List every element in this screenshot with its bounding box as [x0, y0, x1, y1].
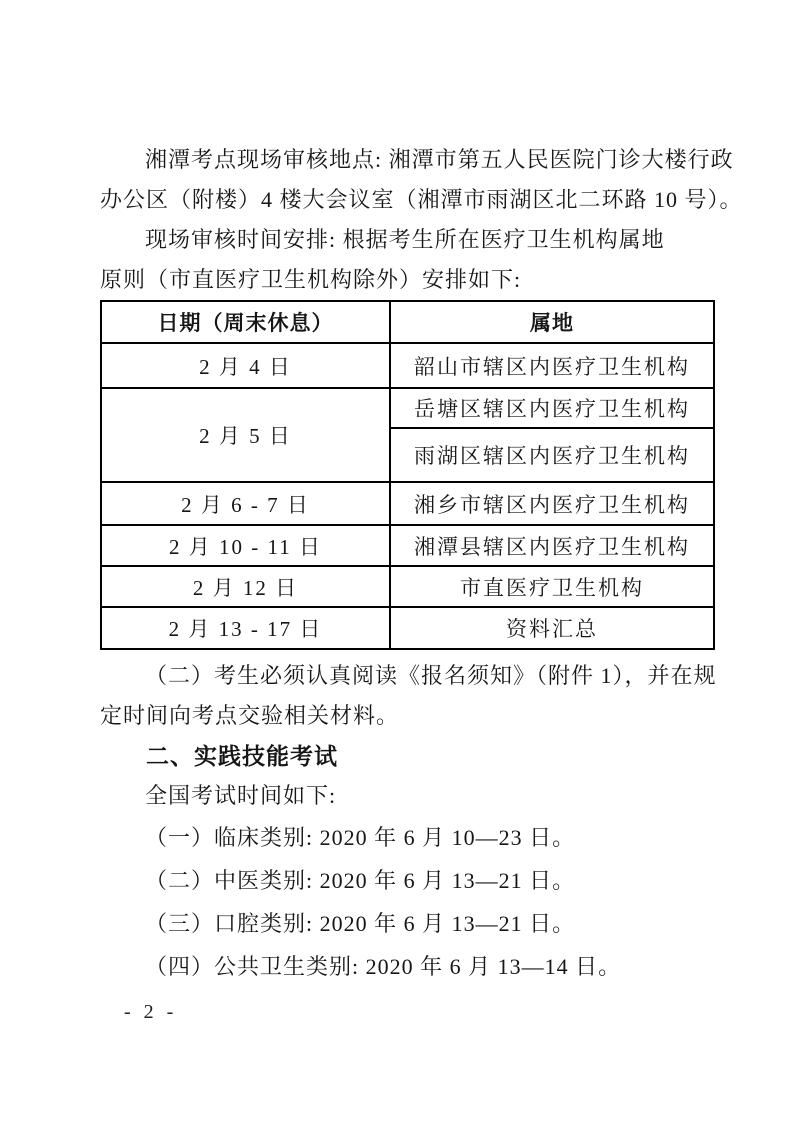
document-content: 湘潭考点现场审核地点: 湘潭市第五人民医院门诊大楼行政 办公区（附楼）4 楼大会…: [100, 0, 713, 988]
paragraph3-line2: 定时间向考点交验相关材料。: [100, 696, 713, 736]
paragraph1-line1: 湘潭考点现场审核地点: 湘潭市第五人民医院门诊大楼行政: [100, 140, 713, 180]
review-schedule-table: 日期（周末休息） 属地 2 月 4 日 韶山市辖区内医疗卫生机构 2 月 5 日…: [100, 300, 715, 650]
table-row: 2 月 6 - 7 日 湘乡市辖区内医疗卫生机构: [101, 482, 714, 525]
exam-time-clinical: （一）临床类别: 2020 年 6 月 10—23 日。: [100, 816, 713, 859]
paragraph2-line2: 原则（市直医疗卫生机构除外）安排如下:: [100, 260, 713, 300]
paragraph1-line2: 办公区（附楼）4 楼大会议室（湘潭市雨湖区北二环路 10 号）。: [100, 180, 713, 220]
exam-time-tcm: （二）中医类别: 2020 年 6 月 13—21 日。: [100, 859, 713, 902]
page-number: - 2 -: [124, 1000, 177, 1024]
exam-time-dental: （三）口腔类别: 2020 年 6 月 13—21 日。: [100, 902, 713, 945]
paragraph4: 全国考试时间如下:: [100, 776, 713, 816]
date-cell: 2 月 4 日: [101, 343, 390, 388]
district-cell: 湘潭县辖区内医疗卫生机构: [390, 525, 714, 566]
table-row: 2 月 5 日 岳塘区辖区内医疗卫生机构: [101, 388, 714, 428]
table-row: 2 月 4 日 韶山市辖区内医疗卫生机构: [101, 343, 714, 388]
date-cell: 2 月 6 - 7 日: [101, 482, 390, 525]
exam-time-public-health: （四）公共卫生类别: 2020 年 6 月 13—14 日。: [100, 945, 713, 988]
date-cell: 2 月 12 日: [101, 566, 390, 607]
date-cell: 2 月 13 - 17 日: [101, 607, 390, 649]
district-cell: 韶山市辖区内医疗卫生机构: [390, 343, 714, 388]
district-column-header: 属地: [390, 301, 714, 343]
date-cell-merged: 2 月 5 日: [101, 388, 390, 482]
document-page: 湘潭考点现场审核地点: 湘潭市第五人民医院门诊大楼行政 办公区（附楼）4 楼大会…: [0, 0, 793, 1122]
table-row: 2 月 13 - 17 日 资料汇总: [101, 607, 714, 649]
paragraph3-line1: （二）考生必须认真阅读《报名须知》（附件 1），并在规: [100, 656, 713, 696]
date-column-header: 日期（周末休息）: [101, 301, 390, 343]
table-header-row: 日期（周末休息） 属地: [101, 301, 714, 343]
paragraph2-line1: 现场审核时间安排: 根据考生所在医疗卫生机构属地: [100, 220, 713, 260]
section-heading: 二、实践技能考试: [100, 736, 713, 776]
district-cell: 资料汇总: [390, 607, 714, 649]
district-cell: 雨湖区辖区内医疗卫生机构: [390, 428, 714, 482]
table-row: 2 月 12 日 市直医疗卫生机构: [101, 566, 714, 607]
date-cell: 2 月 10 - 11 日: [101, 525, 390, 566]
district-cell: 湘乡市辖区内医疗卫生机构: [390, 482, 714, 525]
table-row: 2 月 10 - 11 日 湘潭县辖区内医疗卫生机构: [101, 525, 714, 566]
district-cell: 市直医疗卫生机构: [390, 566, 714, 607]
district-cell: 岳塘区辖区内医疗卫生机构: [390, 388, 714, 428]
